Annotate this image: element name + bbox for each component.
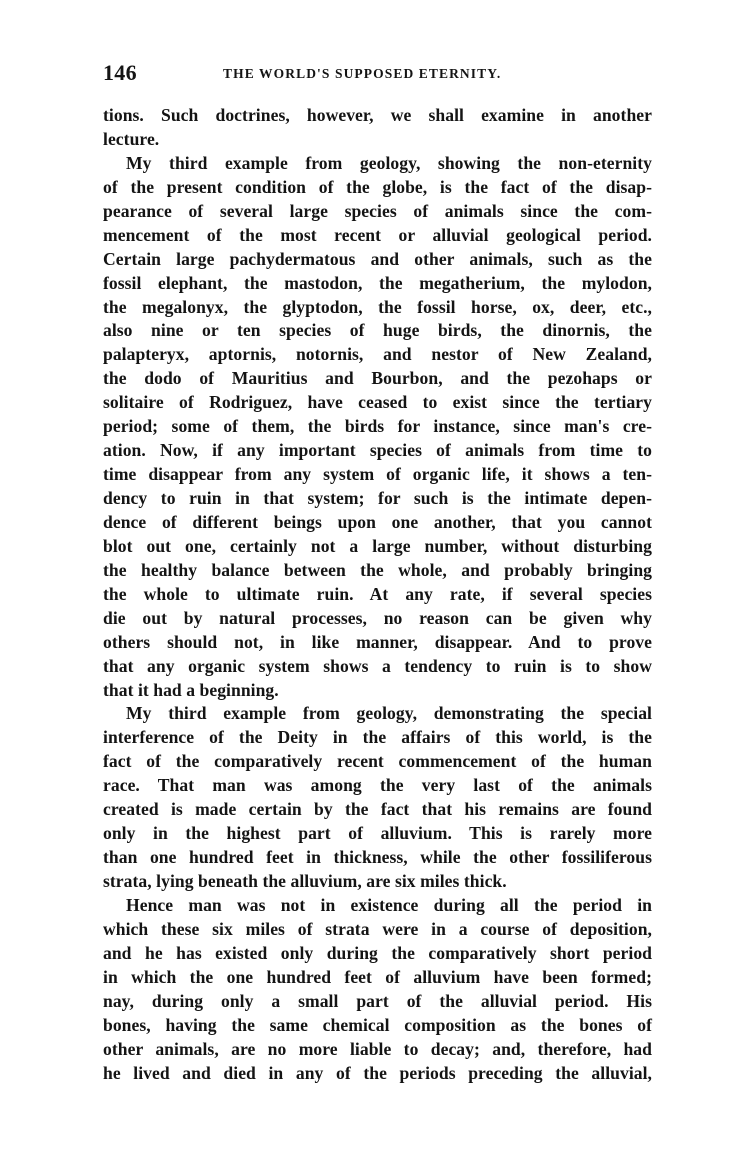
text-line: others should not, in like manner, disap… xyxy=(103,631,652,655)
text-line: strata, lying beneath the alluvium, are … xyxy=(103,870,652,894)
text-line: the megalonyx, the glyptodon, the fossil… xyxy=(103,296,652,320)
text-line: Certain large pachydermatous and other a… xyxy=(103,248,652,272)
text-line: Hence man was not in existence during al… xyxy=(103,894,652,918)
text-line: which these six miles of strata were in … xyxy=(103,918,652,942)
text-line: lecture. xyxy=(103,128,652,152)
text-line: only in the highest part of alluvium. Th… xyxy=(103,822,652,846)
text-line: the dodo of Mauritius and Bourbon, and t… xyxy=(103,367,652,391)
text-line: than one hundred feet in thickness, whil… xyxy=(103,846,652,870)
running-title: THE WORLD'S SUPPOSED ETERNITY. xyxy=(223,64,501,84)
text-line: and he has existed only during the compa… xyxy=(103,942,652,966)
text-line: in which the one hundred feet of alluviu… xyxy=(103,966,652,990)
paragraph-extinct-species: My third example from geology, showing t… xyxy=(103,152,652,703)
text-line: the healthy balance between the whole, a… xyxy=(103,559,652,583)
text-line: My third example from geology, demonstra… xyxy=(103,702,652,726)
text-line: dence of different beings upon one anoth… xyxy=(103,511,652,535)
text-line: blot out one, certainly not a large numb… xyxy=(103,535,652,559)
text-line: that any organic system shows a tendency… xyxy=(103,655,652,679)
text-line: of the present condition of the globe, i… xyxy=(103,176,652,200)
text-line: tions. Such doctrines, however, we shall… xyxy=(103,104,652,128)
text-line: mencement of the most recent or alluvial… xyxy=(103,224,652,248)
text-line: nay, during only a small part of the all… xyxy=(103,990,652,1014)
text-line: race. That man was among the very last o… xyxy=(103,774,652,798)
text-line: pearance of several large species of ani… xyxy=(103,200,652,224)
text-line: also nine or ten species of huge birds, … xyxy=(103,319,652,343)
text-line: solitaire of Rodriguez, have ceased to e… xyxy=(103,391,652,415)
text-line: dency to ruin in that system; for such i… xyxy=(103,487,652,511)
text-line: time disappear from any system of organi… xyxy=(103,463,652,487)
paragraph-continuation: tions. Such doctrines, however, we shall… xyxy=(103,104,652,152)
text-line: fact of the comparatively recent commenc… xyxy=(103,750,652,774)
text-line: palapteryx, aptornis, notornis, and nest… xyxy=(103,343,652,367)
text-line: die out by natural processes, no reason … xyxy=(103,607,652,631)
text-line: bones, having the same chemical composit… xyxy=(103,1014,652,1038)
text-line: he lived and died in any of the periods … xyxy=(103,1062,652,1086)
running-head: 146 THE WORLD'S SUPPOSED ETERNITY. xyxy=(103,60,652,86)
page-number: 146 xyxy=(103,60,137,86)
text-line: fossil elephant, the mastodon, the megat… xyxy=(103,272,652,296)
text-line: that it had a beginning. xyxy=(103,679,652,703)
text-line: created is made certain by the fact that… xyxy=(103,798,652,822)
text-line: My third example from geology, showing t… xyxy=(103,152,652,176)
body-text: tions. Such doctrines, however, we shall… xyxy=(103,104,652,1085)
paragraph-man-existence: Hence man was not in existence during al… xyxy=(103,894,652,1086)
text-line: other animals, are no more liable to dec… xyxy=(103,1038,652,1062)
text-line: interference of the Deity in the affairs… xyxy=(103,726,652,750)
text-line: period; some of them, the birds for inst… xyxy=(103,415,652,439)
paragraph-human-race: My third example from geology, demonstra… xyxy=(103,702,652,894)
text-line: the whole to ultimate ruin. At any rate,… xyxy=(103,583,652,607)
text-line: ation. Now, if any important species of … xyxy=(103,439,652,463)
book-page: 146 THE WORLD'S SUPPOSED ETERNITY. tions… xyxy=(0,0,750,1150)
